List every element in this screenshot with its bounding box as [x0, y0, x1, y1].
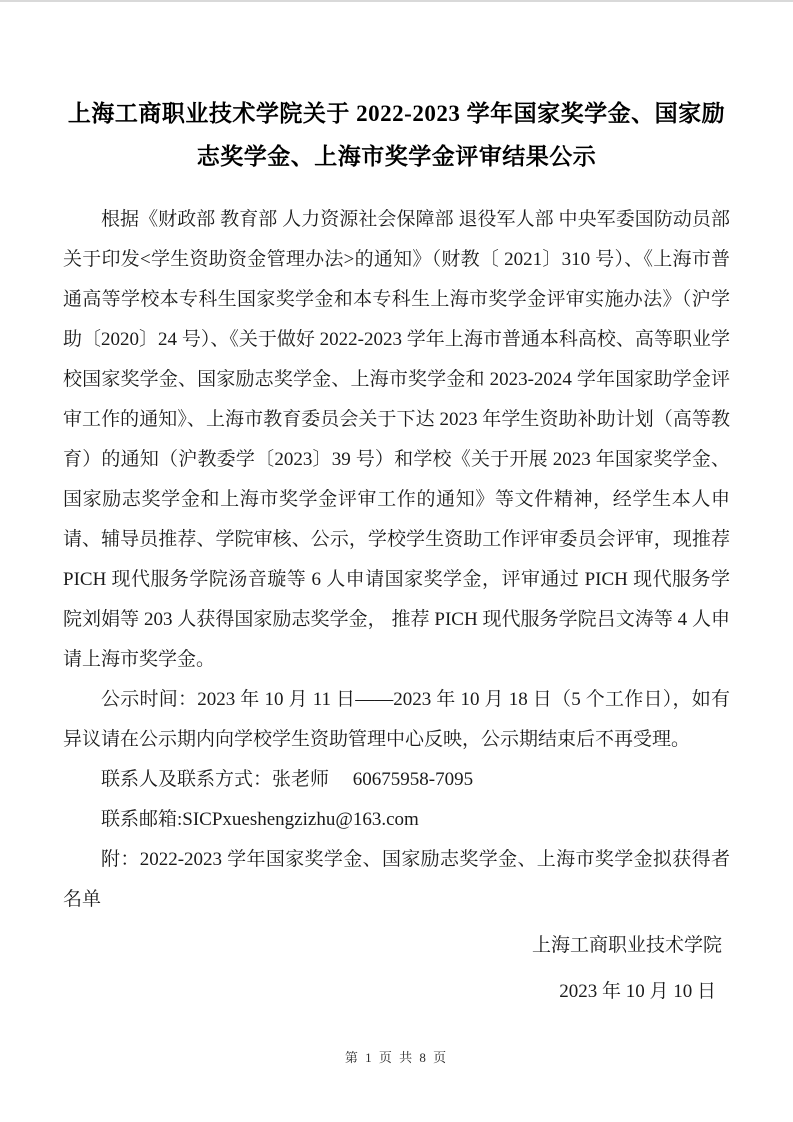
- body-paragraph-contact-email: 联系邮箱:SICPxueshengzizhu@163.com: [63, 800, 730, 840]
- body-paragraph-basis: 根据《财政部 教育部 人力资源社会保障部 退役军人部 中央军委国防动员部关于印发…: [63, 200, 730, 680]
- body-paragraph-contact-person: 联系人及联系方式：张老师 60675958-7095: [63, 760, 730, 800]
- signature-date: 2023 年 10 月 10 日: [63, 972, 730, 1012]
- document-page: 上海工商职业技术学院关于 2022-2023 学年国家奖学金、国家励志奖学金、上…: [0, 0, 793, 1122]
- document-body: 根据《财政部 教育部 人力资源社会保障部 退役军人部 中央军委国防动员部关于印发…: [63, 200, 730, 920]
- body-paragraph-publicity-period: 公示时间：2023 年 10 月 11 日——2023 年 10 月 18 日（…: [63, 680, 730, 760]
- signature-block: 上海工商职业技术学院 2023 年 10 月 10 日: [63, 926, 730, 1012]
- body-paragraph-attachment: 附：2022-2023 学年国家奖学金、国家励志奖学金、上海市奖学金拟获得者名单: [63, 840, 730, 920]
- document-title: 上海工商职业技术学院关于 2022-2023 学年国家奖学金、国家励志奖学金、上…: [63, 92, 730, 178]
- page-number-footer: 第 1 页 共 8 页: [0, 1047, 793, 1066]
- signature-organization: 上海工商职业技术学院: [63, 926, 730, 966]
